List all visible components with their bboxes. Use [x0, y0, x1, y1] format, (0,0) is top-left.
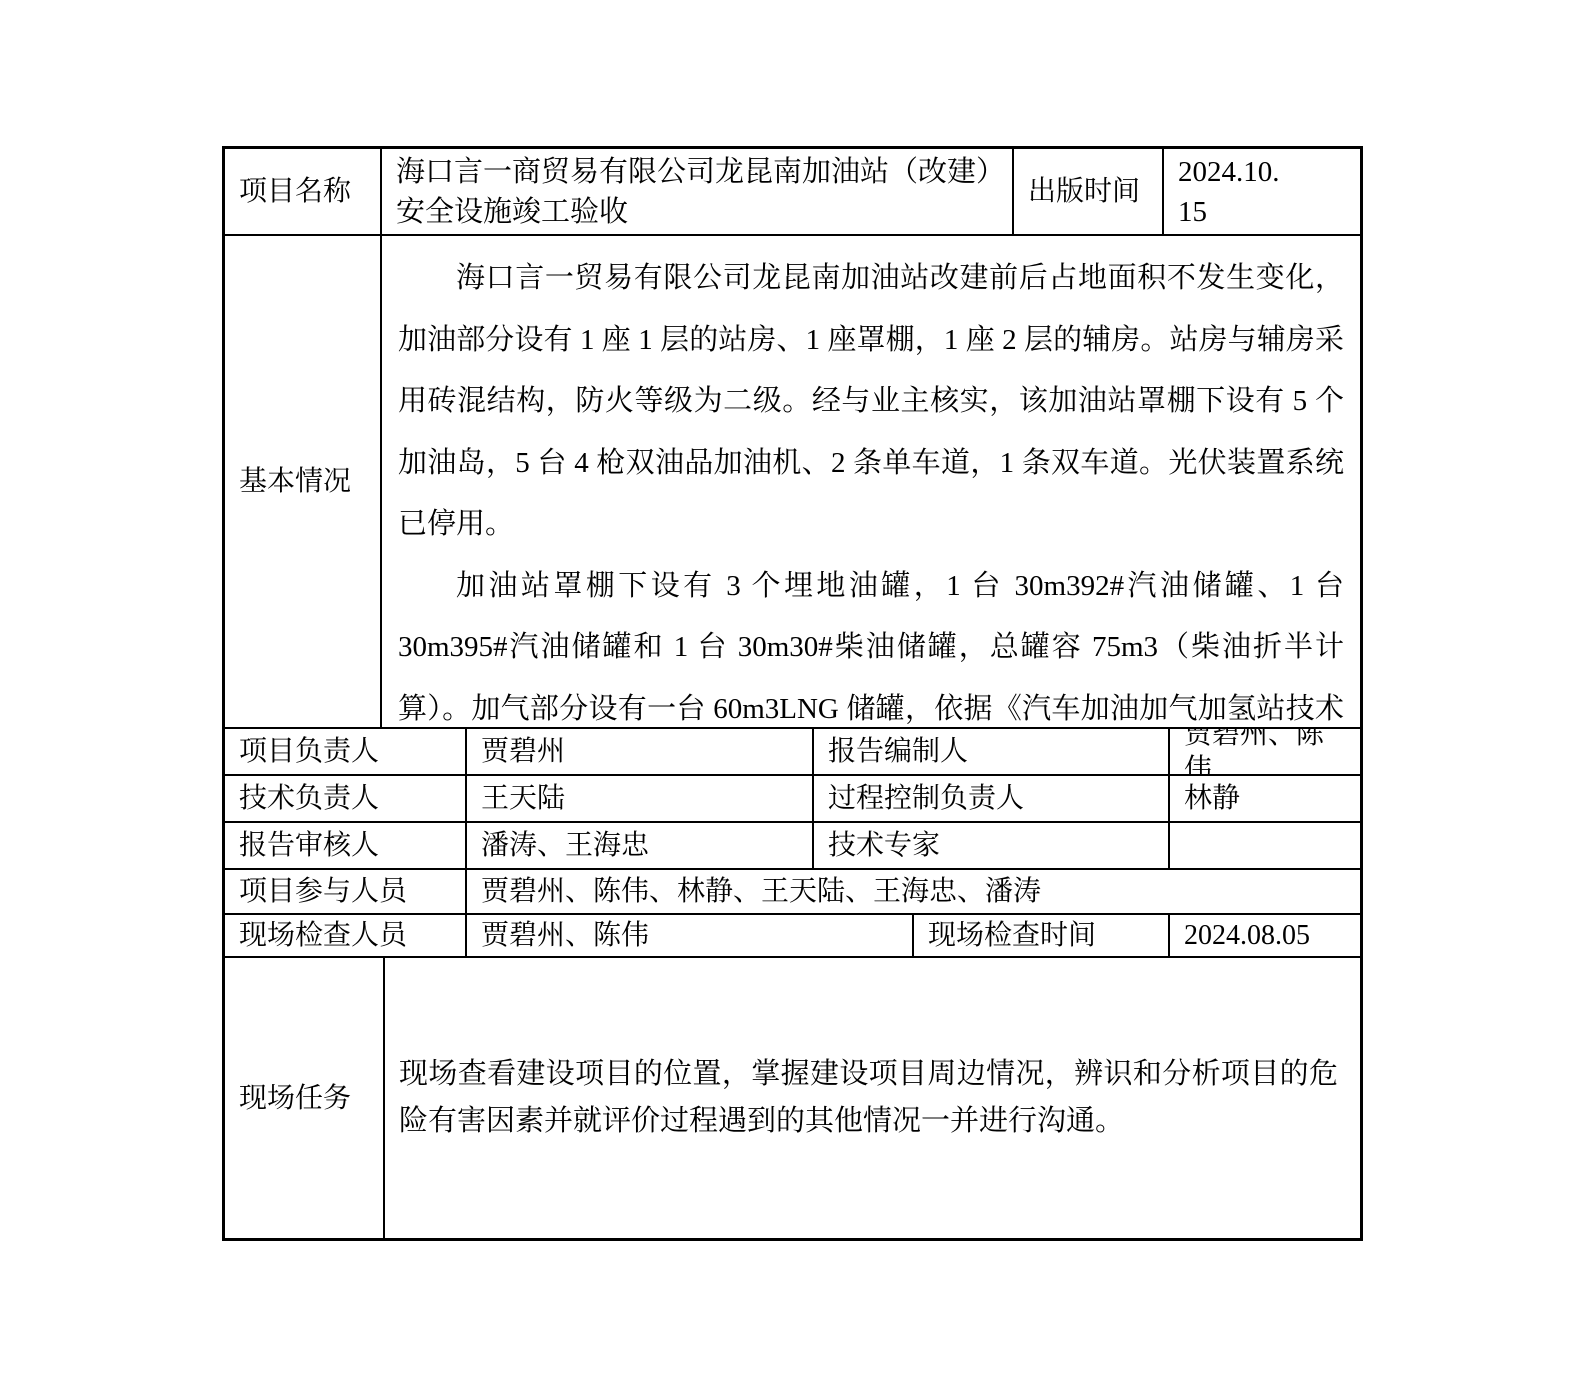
report-reviewer-label: 报告审核人 — [225, 823, 465, 868]
process-control-leader-value: 林静 — [1168, 776, 1360, 821]
row-report-reviewer: 报告审核人 潘涛、王海忠 技术专家 — [225, 823, 1360, 870]
publish-time-label: 出版时间 — [1012, 149, 1162, 234]
inspection-time-value: 2024.08.05 — [1168, 915, 1360, 956]
process-control-leader-label: 过程控制负责人 — [812, 776, 1168, 821]
site-inspectors-label: 现场检查人员 — [225, 915, 465, 956]
technical-leader-value: 王天陆 — [465, 776, 812, 821]
site-task-label: 现场任务 — [225, 958, 383, 1238]
basic-situation-text: 海口言一贸易有限公司龙昆南加油站改建前后占地面积不发生变化，加油部分设有 1 座… — [380, 236, 1360, 727]
participants-label: 项目参与人员 — [225, 870, 465, 913]
technical-leader-label: 技术负责人 — [225, 776, 465, 821]
row-site-task: 现场任务 现场查看建设项目的位置，掌握建设项目周边情况，辨识和分析项目的危险有害… — [225, 958, 1360, 1238]
report-reviewer-value: 潘涛、王海忠 — [465, 823, 812, 868]
technical-expert-value — [1168, 823, 1360, 868]
site-task-text: 现场查看建设项目的位置，掌握建设项目周边情况，辨识和分析项目的危险有害因素并就评… — [383, 958, 1360, 1238]
row-participants: 项目参与人员 贾碧州、陈伟、林静、王天陆、王海忠、潘涛 — [225, 870, 1360, 915]
site-inspectors-value: 贾碧州、陈伟 — [465, 915, 912, 956]
row-technical-leader: 技术负责人 王天陆 过程控制负责人 林静 — [225, 776, 1360, 823]
inspection-time-label: 现场检查时间 — [912, 915, 1168, 956]
report-compiler-label: 报告编制人 — [812, 729, 1168, 774]
report-compiler-value: 贾碧州、陈伟 — [1168, 729, 1360, 774]
row-project-leader: 项目负责人 贾碧州 报告编制人 贾碧州、陈伟 — [225, 729, 1360, 776]
participants-value: 贾碧州、陈伟、林静、王天陆、王海忠、潘涛 — [465, 870, 1360, 913]
publish-time-value: 2024.10. 15 — [1162, 149, 1360, 234]
project-name-label: 项目名称 — [225, 149, 380, 234]
project-leader-label: 项目负责人 — [225, 729, 465, 774]
project-name-value: 海口言一商贸易有限公司龙昆南加油站（改建）安全设施竣工验收 — [380, 149, 1012, 234]
row-project-name: 项目名称 海口言一商贸易有限公司龙昆南加油站（改建）安全设施竣工验收 出版时间 … — [225, 149, 1360, 236]
row-site-inspection: 现场检查人员 贾碧州、陈伟 现场检查时间 2024.08.05 — [225, 915, 1360, 958]
row-basic-situation: 基本情况 海口言一贸易有限公司龙昆南加油站改建前后占地面积不发生变化，加油部分设… — [225, 236, 1360, 729]
project-leader-value: 贾碧州 — [465, 729, 812, 774]
basic-situation-paragraph-1: 海口言一贸易有限公司龙昆南加油站改建前后占地面积不发生变化，加油部分设有 1 座… — [398, 248, 1344, 556]
project-info-table: 项目名称 海口言一商贸易有限公司龙昆南加油站（改建）安全设施竣工验收 出版时间 … — [222, 146, 1363, 1241]
technical-expert-label: 技术专家 — [812, 823, 1168, 868]
basic-situation-paragraph-2: 加油站罩棚下设有 3 个埋地油罐，1 台 30m392#汽油储罐、1 台 30m… — [398, 556, 1344, 728]
basic-situation-label: 基本情况 — [225, 236, 380, 727]
